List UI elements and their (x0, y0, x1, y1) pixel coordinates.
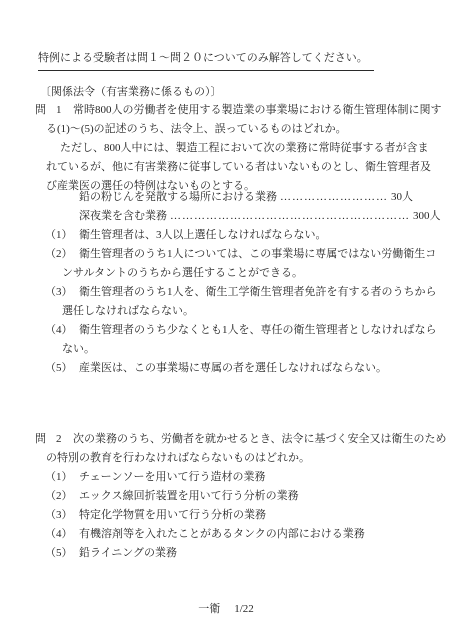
option-number: （3） (45, 283, 79, 302)
option-text: 産業医は、この事業場に専属の者を選任しなければならない。 (79, 362, 387, 374)
question-text-line: る(1)～(5)の記述のうち、法令上、誤っているものはどれか。 (0, 120, 452, 139)
option-text: 衛生管理者は、3人以上選任しなければならない。 (79, 229, 327, 241)
option-number: （5） (45, 359, 79, 378)
worker-count: 30人 (391, 191, 413, 203)
option-text: 特定化学物質を用いて行う分析の業務 (79, 509, 266, 521)
worker-count: 300人 (413, 210, 441, 222)
option-number: （1） (45, 468, 79, 487)
worker-count-row: 鉛の粉じんを発散する場所における業務………………………30人 (0, 188, 452, 207)
question-label: 問 (35, 101, 56, 120)
option-row: （5）鉛ライニングの業務 (0, 544, 452, 563)
option-row: （4）衛生管理者のうち少なくとも1人を、専任の衛生管理者としなければなら (0, 321, 452, 340)
option-row: （5）産業医は、この事業場に専属の者を選任しなければならない。 (0, 359, 452, 378)
option-text-continuation: 選任しなければならない。 (0, 302, 452, 321)
question-2-options: （1）チェーンソーを用いて行う造材の業務 （2）エックス線回折装置を用いて行う分… (0, 468, 452, 563)
option-number: （2） (45, 487, 79, 506)
option-number: （2） (45, 245, 79, 264)
option-text-continuation: ンサルタントのうちから選任することができる。 (0, 264, 452, 283)
leader-dots: ……………………… (277, 191, 391, 203)
page-number: 1/22 (234, 603, 254, 615)
worker-count-row: 深夜業を含む業務……………………………………………………300人 (0, 207, 452, 226)
option-text: 衛生管理者のうち少なくとも1人を、専任の衛生管理者としなければなら (79, 324, 437, 336)
question-text-line: 常時800人の労働者を使用する製造業の事業場における衛生管理体制に関す (73, 104, 442, 116)
option-row: （1）衛生管理者は、3人以上選任しなければならない。 (0, 226, 452, 245)
question-text-line: 次の業務のうち、労働者を就かせるとき、法令に基づく安全又は衛生のため (73, 433, 447, 445)
work-description: 鉛の粉じんを発散する場所における業務 (79, 191, 277, 203)
option-row: （1）チェーンソーを用いて行う造材の業務 (0, 468, 452, 487)
question-number: 1 (56, 101, 73, 120)
question-2: 問2次の業務のうち、労働者を就かせるとき、法令に基づく安全又は衛生のため の特別… (0, 430, 452, 468)
option-text: 有機溶剤等を入れたことがあるタンクの内部における業務 (79, 528, 365, 540)
special-notice: 特例による受験者は問１～問２０についてのみ解答してください。 (38, 49, 374, 71)
question-1: 問1常時800人の労働者を使用する製造業の事業場における衛生管理体制に関す る(… (0, 101, 452, 196)
question-2-first-line: 問2次の業務のうち、労働者を就かせるとき、法令に基づく安全又は衛生のため (0, 430, 452, 449)
exam-document-page: 特例による受験者は問１～問２０についてのみ解答してください。 〔関係法令（有害業… (0, 0, 452, 640)
question-1-first-line: 問1常時800人の労働者を使用する製造業の事業場における衛生管理体制に関す (0, 101, 452, 120)
option-number: （4） (45, 525, 79, 544)
option-row: （4）有機溶剤等を入れたことがあるタンクの内部における業務 (0, 525, 452, 544)
worker-count-list: 鉛の粉じんを発散する場所における業務………………………30人 深夜業を含む業務…… (0, 188, 452, 226)
question-text-line: れているが、他に有害業務に従事している者はいないものとし、衛生管理者及 (0, 158, 452, 177)
question-1-options: （1）衛生管理者は、3人以上選任しなければならない。 （2）衛生管理者のうち1人… (0, 226, 452, 378)
question-text-line: ただし、800人中には、製造工程において次の業務に常時従事する者が含ま (0, 139, 452, 158)
option-text-continuation: ない。 (0, 340, 452, 359)
option-text: チェーンソーを用いて行う造材の業務 (79, 471, 265, 483)
page-footer: 一衛1/22 (0, 600, 452, 619)
option-text: エックス線回折装置を用いて行う分析の業務 (79, 490, 299, 502)
option-text: 鉛ライニングの業務 (79, 547, 177, 559)
option-text: 衛生管理者のうち1人については、この事業場に専属ではない労働衛生コ (79, 248, 436, 260)
option-number: （3） (45, 506, 79, 525)
question-number: 2 (56, 430, 73, 449)
booklet-label: 一衛 (198, 603, 220, 615)
option-row: （3）特定化学物質を用いて行う分析の業務 (0, 506, 452, 525)
option-row: （2）衛生管理者のうち1人については、この事業場に専属ではない労働衛生コ (0, 245, 452, 264)
option-number: （1） (45, 226, 79, 245)
option-number: （5） (45, 544, 79, 563)
notice-row: 特例による受験者は問１～問２０についてのみ解答してください。 (38, 49, 442, 71)
option-row: （2）エックス線回折装置を用いて行う分析の業務 (0, 487, 452, 506)
option-number: （4） (45, 321, 79, 340)
leader-dots: …………………………………………………… (167, 210, 413, 222)
option-row: （3）衛生管理者のうち1人を、衛生工学衛生管理者免許を有する者のうちから (0, 283, 452, 302)
section-header: 〔関係法令（有害業務に係るもの）〕 (40, 83, 452, 102)
question-label: 問 (35, 430, 56, 449)
question-text-line: の特別の教育を行わなければならないものはどれか。 (0, 449, 452, 468)
work-description: 深夜業を含む業務 (79, 210, 167, 222)
option-text: 衛生管理者のうち1人を、衛生工学衛生管理者免許を有する者のうちから (79, 286, 437, 298)
